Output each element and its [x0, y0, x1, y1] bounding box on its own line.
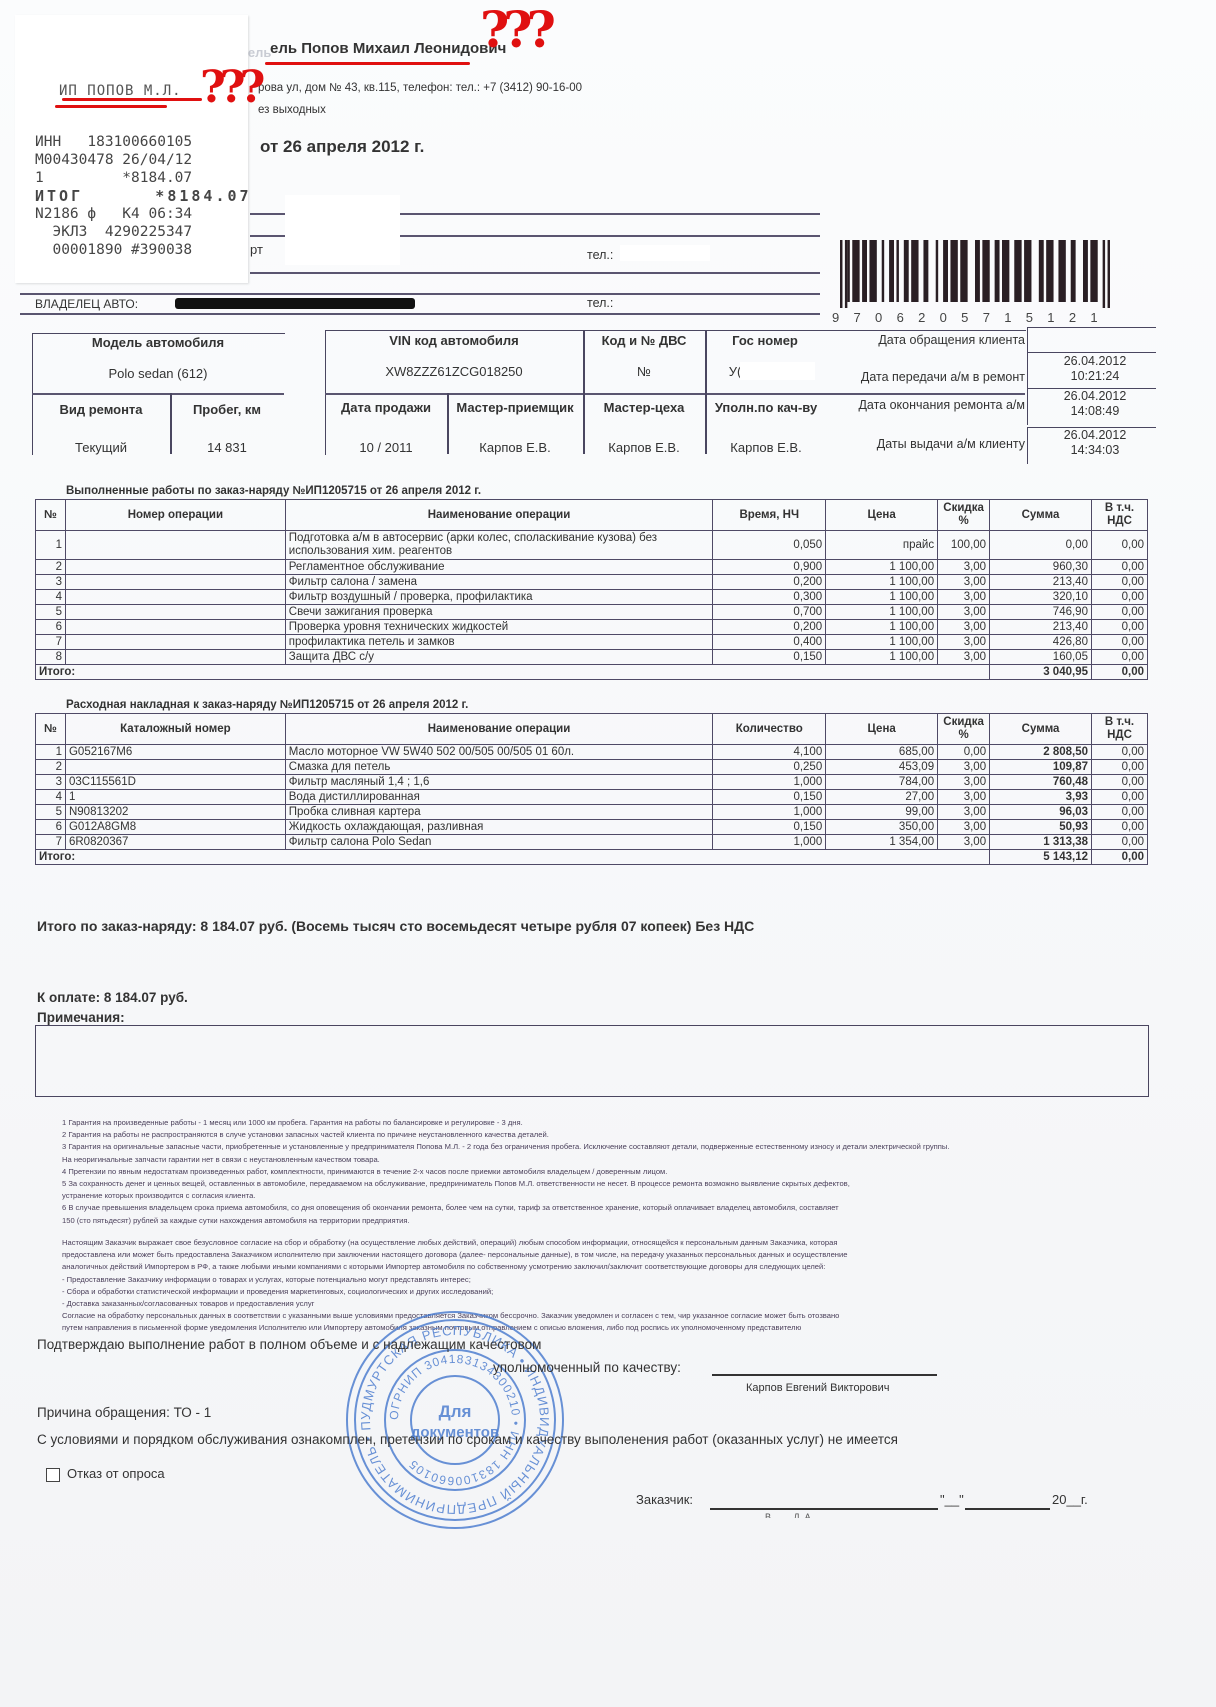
total-vat: 0,00	[1091, 665, 1147, 680]
works-title: Выполненные работы по заказ-наряду №ИП12…	[66, 485, 481, 497]
table-cell: прайс	[826, 531, 938, 560]
repair-type-value: Текущий	[32, 440, 170, 455]
table-row: 3Фильтр салона / замена0,2001 100,003,00…	[36, 575, 1148, 590]
date: 26.04.2012	[1040, 389, 1150, 404]
table-cell: 3,00	[938, 805, 990, 820]
barcode-icon	[840, 240, 1110, 308]
column-header: В т.ч. НДС	[1092, 714, 1148, 745]
date-quote: "__"	[940, 1492, 964, 1507]
confirm-text: Подтверждаю выполнение работ в полном об…	[37, 1337, 541, 1352]
engine-label: Код и № ДВС	[583, 333, 705, 348]
table-cell: 7	[36, 635, 66, 650]
table-cell: 0,150	[713, 650, 826, 665]
table-cell: Смазка для петель	[285, 760, 713, 775]
receipt-line: 00001890 #390038	[35, 241, 252, 259]
receipt-line: N2186 ф К4 06:34	[35, 205, 252, 223]
table-cell: 7	[36, 835, 66, 850]
plate-label: Гос номер	[705, 333, 825, 348]
total-sum: 3 040,95	[990, 665, 1092, 680]
table-row: 41Вода дистиллированная0,15027,003,003,9…	[36, 790, 1148, 805]
table-cell: 100,00	[938, 531, 990, 560]
total-vat: 0,00	[1092, 850, 1148, 865]
owner-phone-label: тел.:	[587, 296, 613, 310]
mileage-label: Пробег, км	[170, 402, 284, 417]
client-line	[250, 272, 820, 274]
notes-label: Примечания:	[37, 1010, 125, 1025]
table-cell: Масло моторное VW 5W40 502 00/505 00/505…	[285, 745, 713, 760]
table-cell: 0,00	[1091, 620, 1147, 635]
fine-print-line: 150 (сто пятьдесят) рублей за каждые сут…	[62, 1215, 410, 1227]
table-cell: 426,80	[990, 635, 1092, 650]
sale-date-label: Дата продажи	[325, 400, 447, 415]
table-cell: 213,40	[990, 620, 1092, 635]
table-cell: 1,000	[713, 835, 826, 850]
table-cell: 685,00	[826, 745, 938, 760]
receipt-store: ИП ПОПОВ М.Л.	[59, 83, 182, 99]
customer-name-cut: В........ Д. А.	[765, 1512, 813, 1518]
shop-master-label: Мастер-цеха	[583, 400, 705, 415]
total-label: Итого:	[36, 850, 990, 865]
table-cell: 0,900	[713, 560, 826, 575]
customer-signature-line[interactable]	[710, 1508, 938, 1510]
table-cell: 1 100,00	[826, 620, 938, 635]
table-cell: 0,00	[1092, 790, 1148, 805]
table-row: 1G052167M6Масло моторное VW 5W40 502 00/…	[36, 745, 1148, 760]
table-cell: 0,200	[713, 575, 826, 590]
table-cell: Жидкость охлаждающая, разливная	[285, 820, 713, 835]
quality-rep-name: Карпов Евгений Викторович	[746, 1382, 890, 1394]
table-cell: 453,09	[826, 760, 938, 775]
year-label: 20__г.	[1052, 1492, 1088, 1507]
table-cell: 760,48	[990, 775, 1092, 790]
table-cell: 0,00	[1092, 760, 1148, 775]
table-cell: 27,00	[826, 790, 938, 805]
receipt-line: М00430478 26/04/12	[35, 151, 252, 169]
table-cell: Фильтр салона Polo Sedan	[285, 835, 713, 850]
cash-receipt: ИП ПОПОВ М.Л. ИНН 183100660105М00430478 …	[15, 15, 248, 283]
table-cell: 960,30	[990, 560, 1092, 575]
question-marks-annotation: ???	[480, 0, 550, 59]
table-row: 7профилактика петель и замков0,4001 100,…	[36, 635, 1148, 650]
table-cell: 160,05	[990, 650, 1092, 665]
table-cell	[65, 650, 285, 665]
table-row: 2Смазка для петель0,250453,093,00109,870…	[36, 760, 1148, 775]
table-cell: 1 354,00	[826, 835, 938, 850]
table-cell: 1 100,00	[826, 650, 938, 665]
table-cell: Защита ДВС с/у	[285, 650, 713, 665]
table-cell: 784,00	[826, 775, 938, 790]
table-cell: 0,00	[1092, 775, 1148, 790]
time: 10:21:24	[1040, 369, 1150, 384]
date-line[interactable]	[965, 1508, 1050, 1510]
divider	[32, 393, 284, 395]
table-cell	[65, 620, 285, 635]
table-cell: Проверка уровня технических жидкостей	[285, 620, 713, 635]
redaction-black	[175, 298, 415, 309]
table-row: 303C115561DФильтр масляный 1,4 ; 1,61,00…	[36, 775, 1148, 790]
table-cell: Фильтр масляный 1,4 ; 1,6	[285, 775, 713, 790]
table-cell: G012A8GM8	[65, 820, 285, 835]
receiver-value: Карпов Е.В.	[447, 440, 583, 455]
fine-print-line: 5 За сохранность денег и ценных вещей, о…	[62, 1178, 850, 1190]
table-cell: 3,00	[938, 590, 990, 605]
table-cell	[65, 575, 285, 590]
table-cell: 99,00	[826, 805, 938, 820]
time: 14:08:49	[1040, 404, 1150, 419]
table-cell: 0,00	[1091, 650, 1147, 665]
working-hours: ез выходных	[258, 104, 326, 116]
total-sum: 5 143,12	[990, 850, 1092, 865]
divider	[583, 330, 585, 454]
table-cell: 0,00	[1091, 590, 1147, 605]
work-order-page: Индивидуальный предприниматель ель Попов…	[0, 0, 1216, 1707]
column-header: Скидка %	[938, 714, 990, 745]
table-cell: 0,00	[1092, 835, 1148, 850]
table-cell: 5	[36, 605, 66, 620]
receiver-label: Мастер-приемщик	[447, 400, 583, 415]
table-cell: G052167M6	[65, 745, 285, 760]
table-cell: 3	[36, 775, 66, 790]
parts-title: Расходная накладная к заказ-наряду №ИП12…	[66, 699, 468, 711]
fine-print-line: 3 Гарантия на оригинальные запасные част…	[62, 1141, 949, 1153]
table-cell: 1 100,00	[826, 590, 938, 605]
table-row: 4Фильтр воздушный / проверка, профилакти…	[36, 590, 1148, 605]
fine-print-line: устранение которых производится с соглас…	[62, 1190, 255, 1202]
table-cell: 3,00	[938, 560, 990, 575]
table-cell: 0,00	[1091, 635, 1147, 650]
table-cell	[65, 760, 285, 775]
total-row: Итого:3 040,950,00	[36, 665, 1148, 680]
table-cell: 3	[36, 575, 66, 590]
table-cell: 8	[36, 650, 66, 665]
table-cell: 3,00	[938, 820, 990, 835]
parts-table: №Каталожный номерНаименование операцииКо…	[35, 713, 1148, 865]
fine-print-line: - Предоставление Заказчику информации о …	[62, 1274, 471, 1286]
table-cell: Свечи зажигания проверка	[285, 605, 713, 620]
survey-refusal-label: Отказ от опроса	[67, 1466, 165, 1481]
column-header: Скидка %	[938, 500, 990, 531]
table-cell: 2	[36, 760, 66, 775]
signature-line[interactable]	[712, 1374, 937, 1376]
table-cell: 4	[36, 790, 66, 805]
grand-total: Итого по заказ-наряду: 8 184.07 руб. (Во…	[37, 918, 754, 934]
table-cell: 0,250	[713, 760, 826, 775]
table-row: 5Свечи зажигания проверка0,7001 100,003,…	[36, 605, 1148, 620]
table-cell: 3,93	[990, 790, 1092, 805]
barcode-digits: 9706205715121	[832, 310, 1112, 325]
divider	[705, 330, 707, 454]
table-cell: 6	[36, 820, 66, 835]
table-cell: N90813202	[65, 805, 285, 820]
survey-refusal-checkbox[interactable]	[46, 1468, 60, 1482]
table-cell: 3,00	[938, 760, 990, 775]
table-row: 6Проверка уровня технических жидкостей0,…	[36, 620, 1148, 635]
table-cell: 213,40	[990, 575, 1092, 590]
mileage-value: 14 831	[170, 440, 284, 455]
table-row: 8Защита ДВС с/у0,1501 100,003,00160,050,…	[36, 650, 1148, 665]
table-cell: 0,00	[938, 745, 990, 760]
table-cell: Вода дистиллированная	[285, 790, 713, 805]
column-header: №	[36, 500, 66, 531]
repair-type-label: Вид ремонта	[32, 402, 170, 417]
fine-print-line: На неоригинальные запчасти гарантии нет …	[62, 1154, 380, 1166]
total-label: Итого:	[36, 665, 990, 680]
table-cell: 2 808,50	[990, 745, 1092, 760]
quality-label: Уполн.по кач-ву	[705, 400, 827, 415]
table-cell: 5	[36, 805, 66, 820]
table-cell: 0,150	[713, 820, 826, 835]
fine-print-line: аналогичных действий Импортером в РФ, а …	[62, 1261, 825, 1273]
table-cell: 50,93	[990, 820, 1092, 835]
table-cell: 03C115561D	[65, 775, 285, 790]
date: 26.04.2012	[1040, 428, 1150, 443]
divider	[325, 393, 1025, 395]
column-header: Наименование операции	[285, 500, 713, 531]
date-label: Дата передачи а/м в ремонт	[815, 370, 1025, 384]
table-cell: 4	[36, 590, 66, 605]
table-cell: 320,10	[990, 590, 1092, 605]
table-row: 2Регламентное обслуживание0,9001 100,003…	[36, 560, 1148, 575]
table-row: 6G012A8GM8Жидкость охлаждающая, разливна…	[36, 820, 1148, 835]
fine-print-line: - Доставка заказанных/согласованных това…	[62, 1298, 314, 1310]
table-cell	[65, 590, 285, 605]
table-cell	[65, 605, 285, 620]
vin-value: XW8ZZZ61ZCG018250	[325, 364, 583, 379]
table-cell: 1 100,00	[826, 560, 938, 575]
column-header: Цена	[826, 714, 938, 745]
table-cell: 0,00	[1092, 805, 1148, 820]
quality-rep-label: уполномоченный по качеству:	[493, 1360, 681, 1375]
engine-value: №	[583, 364, 705, 379]
table-cell: 3,00	[938, 790, 990, 805]
stamp-center-top: Для	[439, 1402, 472, 1421]
table-cell: Подготовка а/м в автосервис (арки колес,…	[285, 531, 713, 560]
table-cell: 4,100	[713, 745, 826, 760]
column-header: Каталожный номер	[65, 714, 285, 745]
table-cell: 1	[36, 531, 66, 560]
table-cell: 1 100,00	[826, 635, 938, 650]
date-value: 26.04.201214:34:03	[1040, 428, 1150, 458]
vin-label: VIN код автомобиля	[325, 333, 583, 348]
red-underline	[62, 98, 202, 101]
visit-reason: Причина обращения: ТО - 1	[37, 1405, 211, 1420]
table-cell	[65, 635, 285, 650]
table-cell	[65, 560, 285, 575]
client-phone-label: тел.:	[587, 248, 613, 262]
amount-to-pay: К оплате: 8 184.07 руб.	[37, 990, 188, 1005]
date: 26.04.2012	[1040, 354, 1150, 369]
table-cell: профилактика петель и замков	[285, 635, 713, 650]
table-cell	[65, 531, 285, 560]
table-cell: 109,87	[990, 760, 1092, 775]
quality-value: Карпов Е.В.	[705, 440, 827, 455]
table-cell: 3,00	[938, 835, 990, 850]
redaction	[285, 195, 400, 265]
table-row: 76R0820367Фильтр салона Polo Sedan1,0001…	[36, 835, 1148, 850]
table-cell: 0,00	[1091, 575, 1147, 590]
table-cell: 3,00	[938, 775, 990, 790]
table-cell: 1	[36, 745, 66, 760]
date-value: 26.04.201210:21:24	[1040, 354, 1150, 384]
table-cell: 0,00	[990, 531, 1092, 560]
red-underline	[265, 62, 470, 65]
date-value: 26.04.201214:08:49	[1040, 389, 1150, 419]
receipt-line: 1 *8184.07	[35, 169, 252, 187]
column-header: Сумма	[990, 714, 1092, 745]
time: 14:34:03	[1040, 443, 1150, 458]
table-cell: 3,00	[938, 635, 990, 650]
fine-print-line: - Сбора и обработки статистической инфор…	[62, 1286, 493, 1298]
table-cell: 0,00	[1091, 531, 1147, 560]
receipt-lines: ИНН 183100660105М00430478 26/04/121 *818…	[35, 133, 252, 259]
table-cell: 6	[36, 620, 66, 635]
address: рова ул, дом № 43, кв.115, телефон: тел.…	[258, 82, 582, 94]
column-header: Наименование операции	[285, 714, 713, 745]
column-header: В т.ч. НДС	[1091, 500, 1147, 531]
table-cell: 746,90	[990, 605, 1092, 620]
table-cell: 0,00	[1091, 560, 1147, 575]
table-row: 1Подготовка а/м в автосервис (арки колес…	[36, 531, 1148, 560]
date-label: Дата обращения клиента	[815, 333, 1025, 347]
fine-print-line: 1 Гарантия на произведенные работы - 1 м…	[62, 1117, 523, 1129]
table-cell: 3,00	[938, 620, 990, 635]
order-title: от 26 апреля 2012 г.	[260, 137, 424, 157]
shop-master-value: Карпов Е.В.	[583, 440, 705, 455]
table-cell: 0,300	[713, 590, 826, 605]
table-cell: 0,700	[713, 605, 826, 620]
column-header: Номер операции	[65, 500, 285, 531]
table-cell: 2	[36, 560, 66, 575]
client-line	[20, 293, 820, 295]
column-header: Время, НЧ	[713, 500, 826, 531]
table-cell: 1	[65, 790, 285, 805]
column-header: Цена	[826, 500, 938, 531]
column-header: №	[36, 714, 66, 745]
table-cell: 0,200	[713, 620, 826, 635]
notes-field[interactable]	[35, 1025, 1149, 1097]
column-header: Количество	[713, 714, 826, 745]
table-cell: Регламентное обслуживание	[285, 560, 713, 575]
column-header: Сумма	[990, 500, 1092, 531]
table-cell: Пробка сливная картера	[285, 805, 713, 820]
table-cell: 0,050	[713, 531, 826, 560]
works-table: №Номер операцииНаименование операцииВрем…	[35, 499, 1148, 680]
model-label: Модель автомобиля	[32, 335, 284, 350]
table-cell: 0,00	[1092, 820, 1148, 835]
table-cell: 1 313,38	[990, 835, 1092, 850]
client-line	[20, 313, 820, 315]
table-cell: 3,00	[938, 605, 990, 620]
table-cell: 3,00	[938, 575, 990, 590]
client-name-fragment: рт	[250, 242, 263, 257]
customer-label: Заказчик:	[636, 1492, 693, 1507]
fine-print-line: Настоящим Заказчик выражает свое безусло…	[62, 1237, 837, 1249]
redaction	[740, 362, 815, 380]
total-row: Итого:5 143,120,00	[36, 850, 1148, 865]
table-cell: 0,400	[713, 635, 826, 650]
table-cell: 350,00	[826, 820, 938, 835]
table-cell: 1,000	[713, 775, 826, 790]
table-cell: 0,00	[1092, 745, 1148, 760]
owner-name: ель Попов Михаил Леонидович	[270, 40, 506, 57]
table-cell: 0,150	[713, 790, 826, 805]
table-row: 5N90813202Пробка сливная картера1,00099,…	[36, 805, 1148, 820]
date-label: Даты выдачи а/м клиенту	[815, 437, 1025, 451]
table-cell: 0,00	[1091, 605, 1147, 620]
table-cell: 3,00	[938, 650, 990, 665]
receipt-line: ИНН 183100660105	[35, 133, 252, 151]
redaction	[620, 245, 710, 261]
fine-print-line: 4 Претензии по явным недостаткам произве…	[62, 1166, 667, 1178]
table-cell: 1 100,00	[826, 605, 938, 620]
model-value: Polo sedan (612)	[32, 366, 284, 381]
table-cell: Фильтр салона / замена	[285, 575, 713, 590]
table-cell: 1 100,00	[826, 575, 938, 590]
table-cell: 1,000	[713, 805, 826, 820]
fine-print-line: предоставлена или может быть предоставле…	[62, 1249, 847, 1261]
table-cell: 6R0820367	[65, 835, 285, 850]
receipt-total-line: ИТОГ *8184.07	[35, 187, 252, 205]
fine-print-line: 6 В случае превышения владельцем срока п…	[62, 1202, 839, 1214]
question-marks-annotation: ???	[200, 62, 259, 113]
sale-date-value: 10 / 2011	[325, 440, 447, 455]
agreement-text: С условиями и порядком обслуживания озна…	[37, 1432, 898, 1447]
red-underline	[55, 105, 167, 108]
receipt-line: ЭКЛЗ 4290225347	[35, 223, 252, 241]
fine-print-line: 2 Гарантия на работы не распространяются…	[62, 1129, 549, 1141]
table-cell: 96,03	[990, 805, 1092, 820]
owner-label: ВЛАДЕЛЕЦ АВТО:	[35, 297, 138, 311]
table-cell: Фильтр воздушный / проверка, профилактик…	[285, 590, 713, 605]
date-label: Дата окончания ремонта а/м	[815, 398, 1025, 412]
